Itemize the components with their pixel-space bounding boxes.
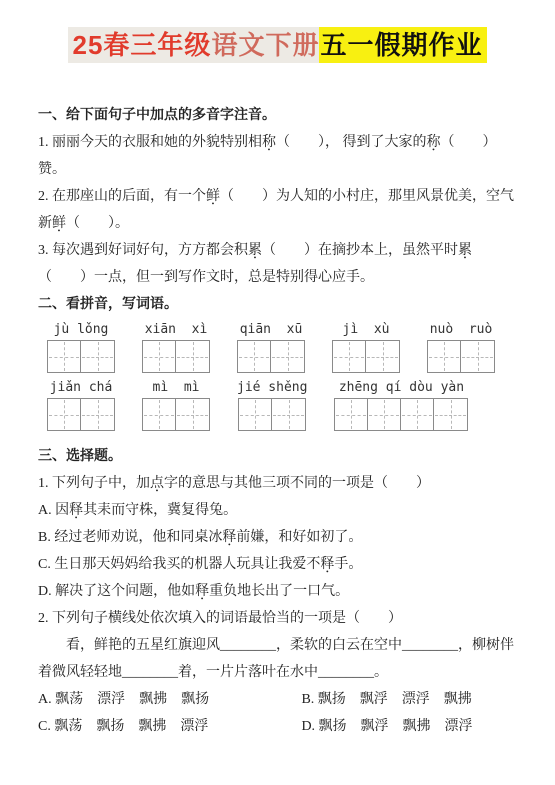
emphasis-char: 点 — [150, 476, 164, 491]
pinyin-label: mì mì — [153, 378, 200, 397]
writing-grid — [334, 398, 468, 431]
title-subject-part: 语文下册 — [211, 27, 319, 63]
pinyin-label: qiān xū — [240, 320, 303, 339]
question-2-stem: 2. 下列句子横线处依次填入的词语最恰当的一项是（ ） — [38, 605, 517, 632]
emphasis-char: 累 — [248, 243, 262, 258]
pinyin-label: zhēng qí dòu yàn — [339, 378, 464, 397]
question-2-option-d: D. 飘扬 飘浮 飘拂 漂浮 — [301, 713, 517, 740]
grid-cell — [461, 341, 494, 372]
pinyin-label: jié shěng — [237, 378, 307, 397]
pinyin-grid-row-2: jiǎn chá mì mì jié shěng zhēng qí dòu yà… — [38, 378, 517, 431]
grid-cell — [48, 399, 81, 430]
title-holiday-part: 五一假期作业 — [319, 27, 487, 63]
grid-cell — [366, 341, 399, 372]
grid-cell — [333, 341, 366, 372]
grid-cell — [272, 399, 305, 430]
emphasis-char: 鲜 — [206, 189, 220, 204]
emphasis-char: 释 — [195, 584, 209, 599]
writing-grid — [47, 340, 115, 373]
section-1-heading: 一、给下面句子中加点的多音字注音。 — [38, 102, 517, 129]
grid-cell — [434, 399, 467, 430]
grid-cell — [428, 341, 461, 372]
emphasis-char: 释 — [69, 503, 83, 518]
pinyin-word-block: mì mì — [142, 378, 210, 431]
section-1-item-1: 1. 丽丽今天的衣服和她的外貌特别相称（ ）， 得到了大家的称（ ）赞。 — [38, 129, 517, 183]
pinyin-word-block: xiān xì — [142, 320, 210, 373]
writing-grid — [142, 340, 210, 373]
pinyin-grid-row-1: jù lǒng xiān xì qiān xū jì xù nuò ruò — [38, 320, 517, 373]
question-1-stem: 1. 下列句子中，加点字的意思与其他三项不同的一项是（ ） — [38, 470, 517, 497]
emphasis-char: 释 — [222, 530, 236, 545]
question-1-option-c: C. 生日那天妈妈给我买的机器人玩具让我爱不释手。 — [38, 551, 517, 578]
emphasis-char: 称 — [262, 135, 276, 150]
question-1-option-b: B. 经过老师劝说，他和同桌冰释前嫌，和好如初了。 — [38, 524, 517, 551]
grid-cell — [271, 341, 304, 372]
pinyin-word-block: jié shěng — [237, 378, 307, 431]
pinyin-word-block: zhēng qí dòu yàn — [334, 378, 468, 431]
writing-grid — [237, 340, 305, 373]
question-1-option-d: D. 解决了这个问题，他如释重负地长出了一口气。 — [38, 578, 517, 605]
pinyin-label: jiǎn chá — [50, 378, 113, 397]
grid-cell — [81, 341, 114, 372]
question-2-passage: 看，鲜艳的五星红旗迎风________，柔软的白云在空中________，柳树伴… — [38, 632, 517, 686]
question-1-option-a: A. 因释其耒而守株，冀复得兔。 — [38, 497, 517, 524]
grid-cell — [176, 399, 209, 430]
grid-cell — [48, 341, 81, 372]
writing-grid — [238, 398, 306, 431]
question-2-option-b: B. 飘扬 飘浮 漂浮 飘拂 — [301, 686, 517, 713]
pinyin-word-block: qiān xū — [237, 320, 305, 373]
grid-cell — [176, 341, 209, 372]
grid-cell — [239, 399, 272, 430]
pinyin-label: jù lǒng — [54, 320, 109, 339]
emphasis-char: 鲜 — [52, 216, 66, 231]
worksheet-page: 25春三年级语文下册五一假期作业 一、给下面句子中加点的多音字注音。 1. 丽丽… — [0, 0, 555, 785]
pinyin-label: xiān xì — [145, 320, 208, 339]
pinyin-word-block: jiǎn chá — [47, 378, 115, 431]
pinyin-word-block: nuò ruò — [427, 320, 495, 373]
pinyin-label: jì xù — [343, 320, 390, 339]
question-2-option-c: C. 飘荡 飘扬 飘拂 漂浮 — [38, 713, 301, 740]
grid-cell — [143, 399, 176, 430]
title-grade-part: 25春三年级 — [68, 27, 212, 63]
page-title: 25春三年级语文下册五一假期作业 — [38, 26, 517, 64]
writing-grid — [47, 398, 115, 431]
section-3-heading: 三、选择题。 — [38, 443, 517, 470]
grid-cell — [368, 399, 401, 430]
emphasis-char: 释 — [320, 557, 334, 572]
pinyin-word-block: jù lǒng — [47, 320, 115, 373]
section-1-item-2: 2. 在那座山的后面，有一个鲜（ ）为人知的小村庄，那里风景优美，空气新鲜（ ）… — [38, 183, 517, 237]
emphasis-char: 称 — [427, 135, 441, 150]
writing-grid — [427, 340, 495, 373]
grid-cell — [401, 399, 434, 430]
pinyin-label: nuò ruò — [430, 320, 493, 339]
writing-grid — [332, 340, 400, 373]
section-2-heading: 二、看拼音，写词语。 — [38, 291, 517, 318]
question-2-options: A. 飘荡 漂浮 飘拂 飘扬 B. 飘扬 飘浮 漂浮 飘拂 C. 飘荡 飘扬 飘… — [38, 686, 517, 740]
grid-cell — [335, 399, 368, 430]
emphasis-char: 累 — [458, 243, 472, 258]
section-1-item-3: 3. 每次遇到好词好句，方方都会积累（ ）在摘抄本上，虽然平时累（ ）一点，但一… — [38, 237, 517, 291]
worksheet-content: 一、给下面句子中加点的多音字注音。 1. 丽丽今天的衣服和她的外貌特别相称（ ）… — [38, 102, 517, 740]
grid-cell — [143, 341, 176, 372]
grid-cell — [81, 399, 114, 430]
question-2-option-a: A. 飘荡 漂浮 飘拂 飘扬 — [38, 686, 301, 713]
grid-cell — [238, 341, 271, 372]
pinyin-word-block: jì xù — [332, 320, 400, 373]
writing-grid — [142, 398, 210, 431]
